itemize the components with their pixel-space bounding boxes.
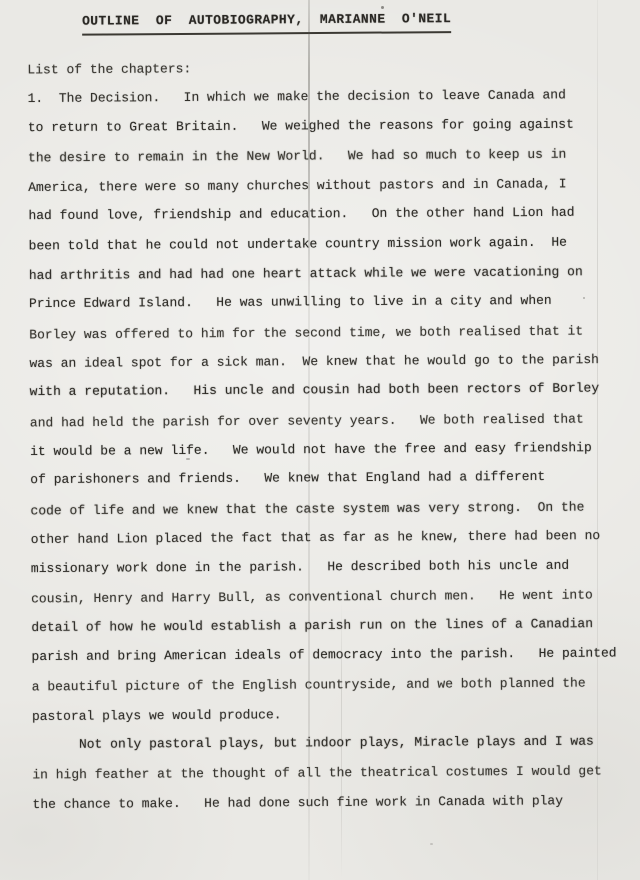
text-line: missionary work done in the parish. He d… [31, 550, 616, 583]
text-line: List of the chapters: [27, 51, 612, 84]
text-line: Prince Edward Island. He was unwilling t… [29, 286, 614, 319]
text-line: cousin, Henry and Harry Bull, as convent… [31, 580, 616, 613]
text-line: the desire to remain in the New World. W… [28, 140, 613, 173]
text-line: 1. The Decision. In which we make the de… [28, 80, 613, 113]
text-line: had found love, friendship and education… [28, 197, 613, 230]
text-line: in high feather at the thought of all th… [32, 757, 617, 790]
text-line: other hand Lion placed the fact that as … [31, 521, 616, 554]
text-line: Not only pastoral plays, but indoor play… [32, 726, 617, 759]
text-line: Borley was offered to him for the second… [29, 316, 614, 349]
text-line: been told that he could not undertake co… [29, 228, 614, 261]
text-line: a beautiful picture of the English count… [32, 669, 617, 702]
page-title: OUTLINE OF AUTOBIOGRAPHY, MARIANNE O'NEI… [82, 10, 451, 36]
text-line: parish and bring American ideals of demo… [31, 638, 616, 671]
text-line: with a reputation. His uncle and cousin … [30, 374, 615, 407]
text-line: detail of how he would establish a paris… [31, 609, 616, 642]
text-line: America, there were so many churches wit… [28, 169, 613, 202]
text-line: the chance to make. He had done such fin… [32, 786, 617, 819]
typewritten-content: OUTLINE OF AUTOBIOGRAPHY, MARIANNE O'NEI… [0, 0, 640, 880]
text-line: and had held the parish for over seventy… [30, 404, 615, 437]
scanned-document-page: OUTLINE OF AUTOBIOGRAPHY, MARIANNE O'NEI… [0, 0, 640, 880]
text-line: code of life and we knew that the caste … [30, 492, 615, 525]
text-line: to return to Great Britain. We weighed t… [28, 109, 613, 142]
text-line: pastoral plays we would produce. [32, 698, 617, 731]
document-body: List of the chapters:1. The Decision. In… [27, 51, 617, 819]
text-line: of parishoners and friends. We knew that… [30, 462, 615, 495]
